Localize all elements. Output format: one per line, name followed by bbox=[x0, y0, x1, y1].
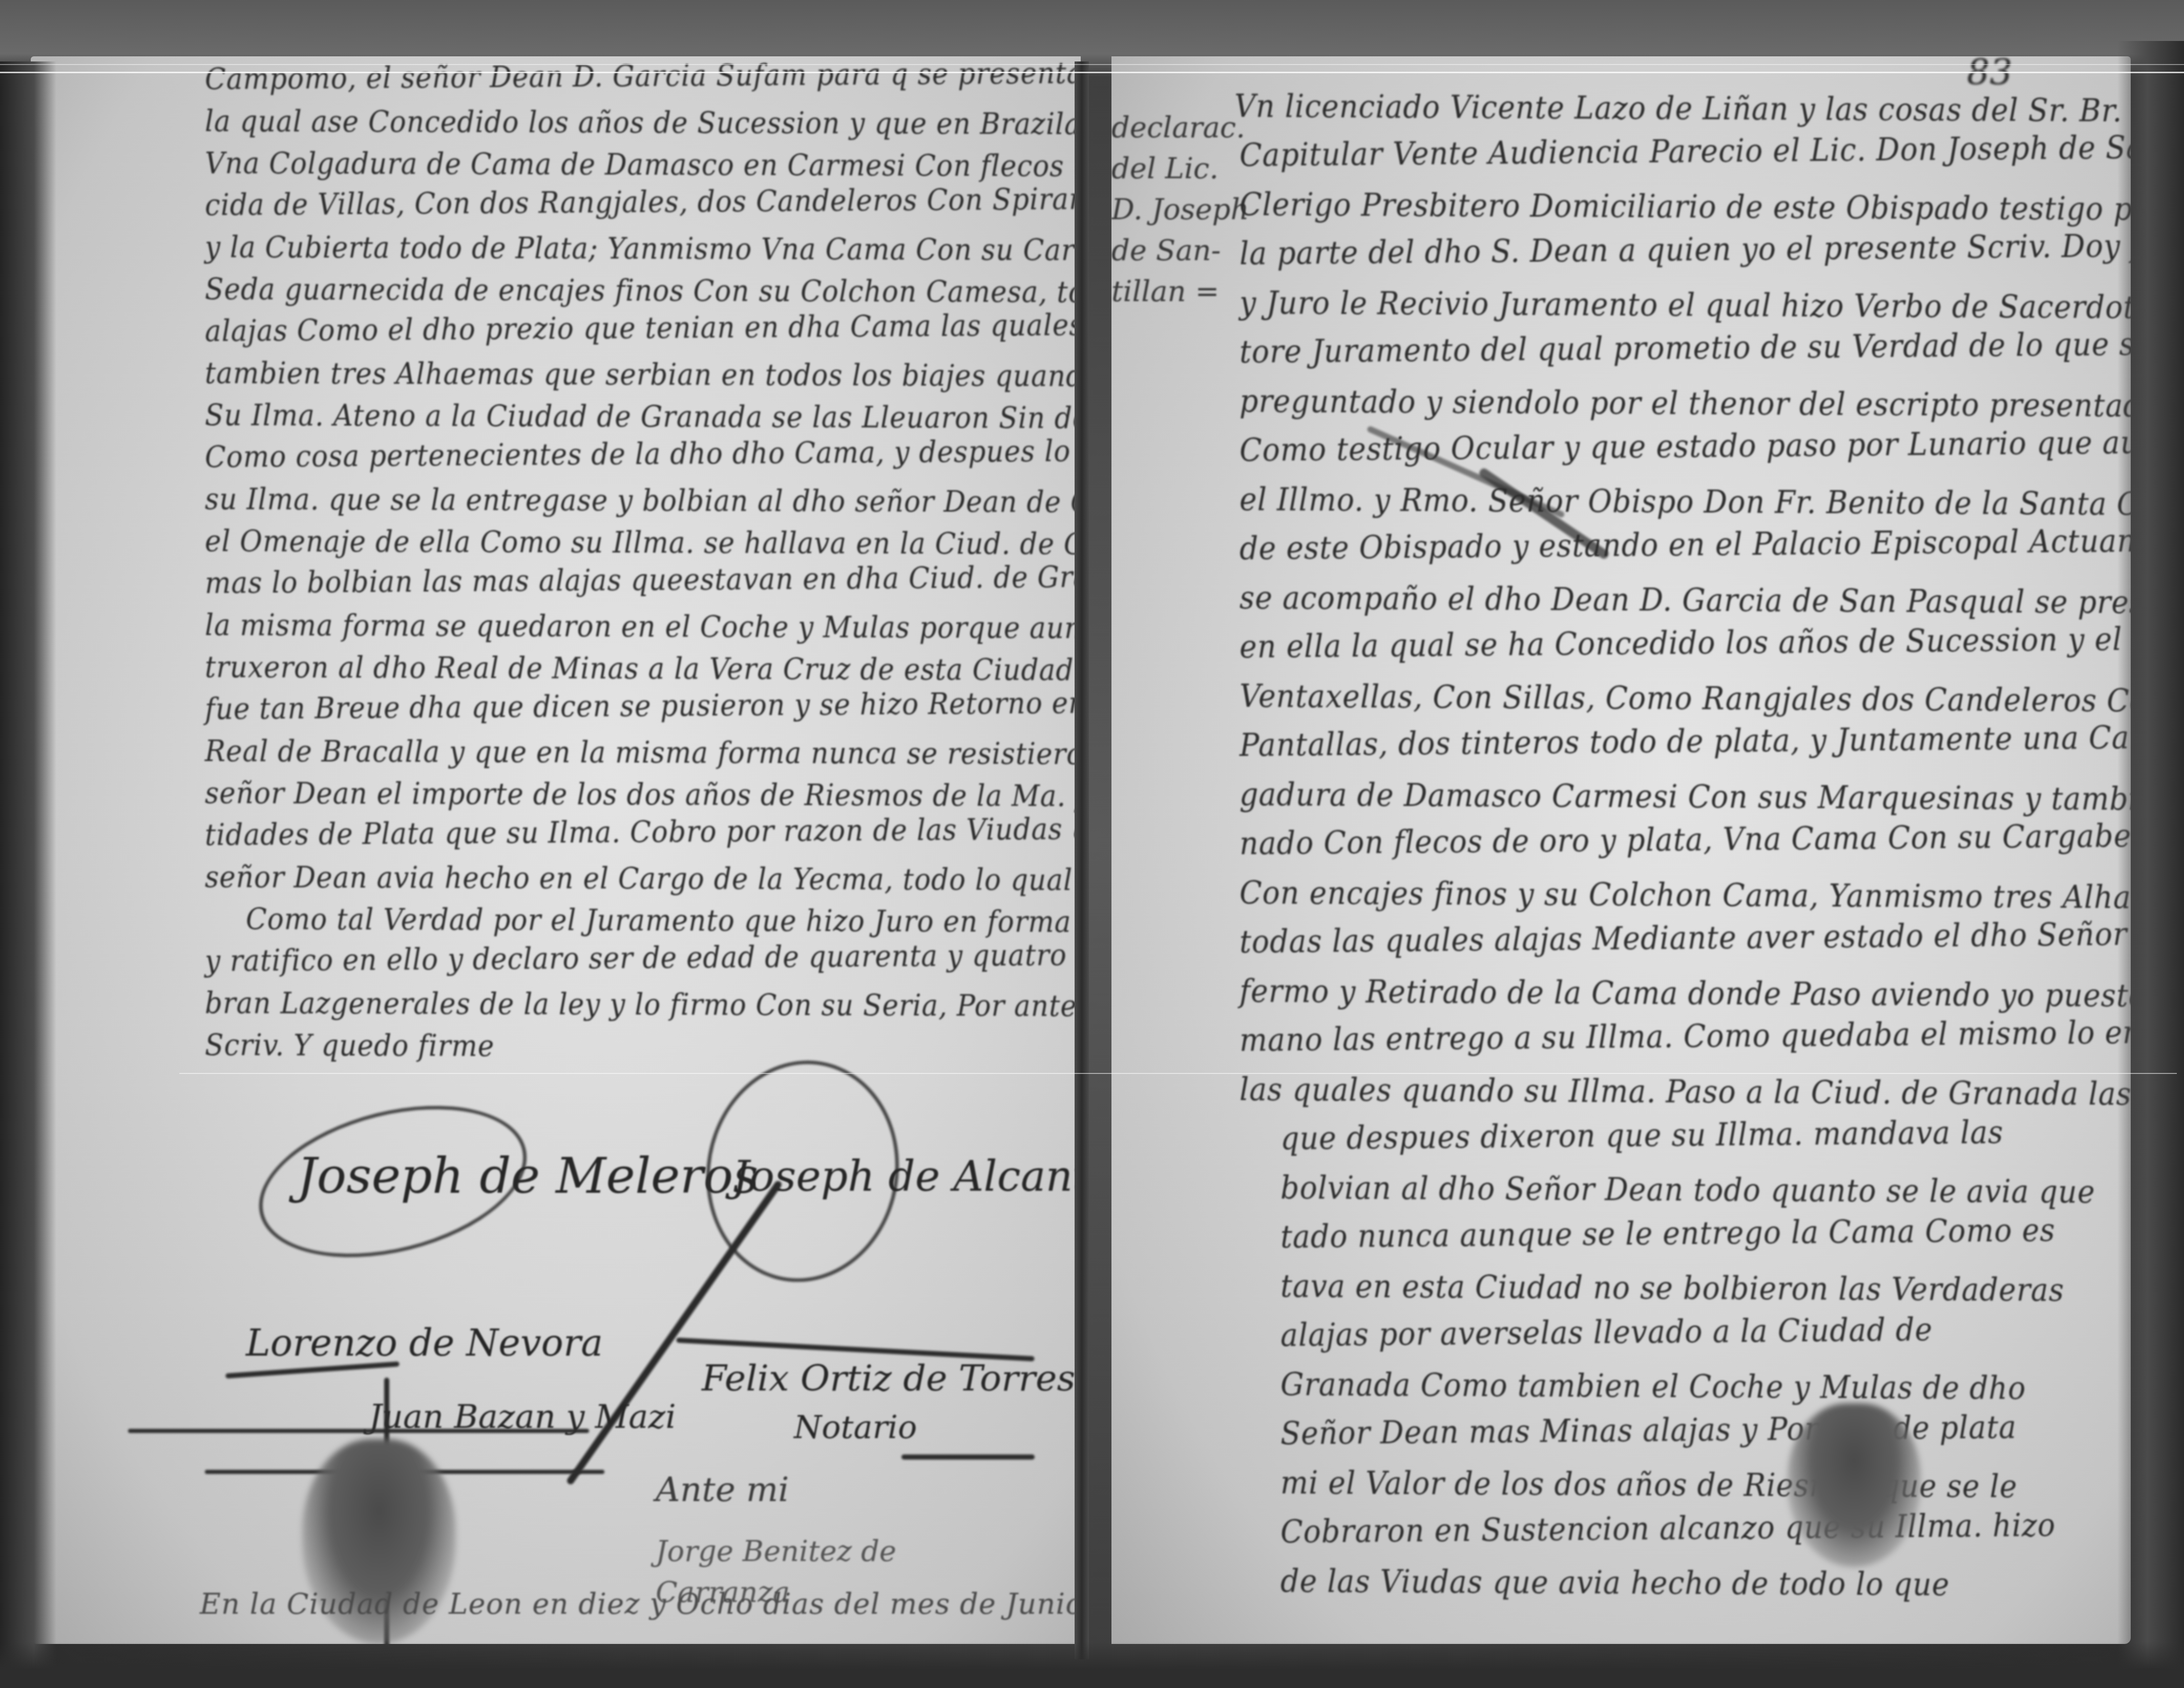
manuscript-line: Capitular Vente Audiencia Parecio el Lic… bbox=[1240, 128, 2131, 174]
manuscript-line: tore Juramento del qual prometio de su V… bbox=[1240, 323, 2131, 370]
manuscript-line: el Illmo. y Rmo. Señor Obispo Don Fr. Be… bbox=[1240, 480, 2131, 524]
manuscript-line: fermo y Retirado de la Cama donde Paso a… bbox=[1240, 972, 2131, 1015]
manuscript-line: mano las entrego a su Illma. Como quedab… bbox=[1240, 1012, 2131, 1059]
right-edge-shadow bbox=[2117, 41, 2184, 1688]
manuscript-line: tava en esta Ciudad no se bolbieron las … bbox=[1280, 1267, 2065, 1309]
manuscript-line: truxeron al dho Real de Minas a la Vera … bbox=[205, 649, 1081, 688]
bottom-shadow bbox=[0, 1642, 2184, 1688]
manuscript-line: gadura de Damasco Carmesi Con sus Marque… bbox=[1240, 775, 2131, 818]
manuscript-line: el Omenaje de ella Como su Illma. se hal… bbox=[205, 523, 1081, 562]
manuscript-line: todas las quales alajas Mediante aver es… bbox=[1240, 914, 2131, 960]
manuscript-line: que despues dixeron que su Illma. mandav… bbox=[1280, 1113, 2004, 1157]
manuscript-line: Real de Bracalla y que en la misma forma… bbox=[205, 733, 1081, 772]
manuscript-line: mas lo bolbian las mas alajas queestavan… bbox=[205, 558, 1081, 600]
ink-blot-right bbox=[1788, 1403, 1921, 1567]
page-number: 83 bbox=[1967, 56, 2012, 93]
manuscript-line: se acompaño el dho Dean D. Garcia de San… bbox=[1240, 579, 2131, 622]
manuscript-line: Granada Como tambien el Coche y Mulas de… bbox=[1280, 1365, 2026, 1407]
manuscript-line: tambien tres Alhaemas que serbian en tod… bbox=[205, 355, 1081, 393]
attestation-ante-mi: Ante mi bbox=[656, 1470, 789, 1509]
notario-end-rule bbox=[901, 1454, 1035, 1460]
manuscript-line: Ventaxellas, Con Sillas, Como Rangjales … bbox=[1240, 677, 2131, 720]
manuscript-line: Con encajes finos y su Colchon Cama, Yan… bbox=[1240, 874, 2131, 916]
manuscript-line: Scriv. Y quedo firme bbox=[205, 1027, 494, 1063]
signature-joseph-de-meleros: Joseph de Meleros bbox=[297, 1147, 759, 1205]
manuscript-line: Vna Colgadura de Cama de Damasco en Carm… bbox=[205, 145, 1081, 184]
manuscript-line: tado nunca aunque se le entrego la Cama … bbox=[1280, 1211, 2055, 1255]
microfilm-scan: Campomo, el señor Dean D. Garcia Sufam p… bbox=[0, 0, 2184, 1688]
manuscript-line: y Juro le Recivio Juramento el qual hizo… bbox=[1240, 284, 2131, 327]
manuscript-line: Su Ilma. Ateno a la Ciudad de Granada se… bbox=[205, 397, 1081, 436]
manuscript-line: Clerigo Presbitero Domiciliario de este … bbox=[1240, 185, 2131, 229]
manuscript-line: y ratifico en ello y declaro ser de edad… bbox=[205, 937, 1081, 978]
manuscript-line: la parte del dho S. Dean a quien yo el p… bbox=[1240, 225, 2131, 272]
manuscript-line: Pantallas, dos tinteros todo de plata, y… bbox=[1240, 716, 2131, 764]
book-gutter bbox=[1075, 61, 1089, 1659]
signature-joseph-de-alcantara: Joseph de Alcantara bbox=[732, 1152, 1081, 1201]
manuscript-line: la qual ase Concedido los años de Sucess… bbox=[205, 103, 1081, 142]
manuscript-line: señor Dean el importe de los dos años de… bbox=[205, 775, 1081, 814]
manuscript-line: Cobraron en Sustencion alcanzo que su Il… bbox=[1280, 1506, 2056, 1550]
scan-scratch-1 bbox=[0, 72, 2184, 73]
manuscript-line: bran Lazgenerales de la ley y lo firmo C… bbox=[205, 985, 1081, 1024]
left-page: Campomo, el señor Dean D. Garcia Sufam p… bbox=[31, 56, 1081, 1644]
signature-rule-1 bbox=[128, 1429, 589, 1433]
scan-scratch-2 bbox=[0, 64, 2184, 65]
manuscript-line: tidades de Plata que su Ilma. Cobro por … bbox=[205, 811, 1081, 852]
manuscript-line: alajas por averselas llevado a la Ciudad… bbox=[1280, 1311, 1933, 1354]
manuscript-line: Seda guarnecida de encajes finos Con su … bbox=[205, 271, 1081, 310]
manuscript-line: su Ilma. que se la entregase y bolbian a… bbox=[205, 481, 1081, 520]
manuscript-line: fue tan Breue dha que dicen se pusieron … bbox=[205, 685, 1081, 726]
manuscript-line: de las Viudas que avia hecho de todo lo … bbox=[1280, 1562, 1950, 1603]
manuscript-line: y la Cubierta todo de Plata; Yanmismo Vn… bbox=[205, 229, 1081, 268]
signature-felix-ortiz: Felix Ortiz de Torres bbox=[702, 1357, 1075, 1399]
manuscript-line: preguntado y siendolo por el thenor del … bbox=[1240, 382, 2131, 426]
manuscript-line: nado Con flecos de oro y plata, Vna Cama… bbox=[1240, 815, 2131, 862]
scan-scratch-3 bbox=[179, 1073, 2177, 1074]
manuscript-line: señor Dean avia hecho en el Cargo de la … bbox=[205, 859, 1081, 898]
manuscript-line: en ella la qual se ha Concedido los años… bbox=[1240, 619, 2131, 665]
right-page: 83 declarac. del Lic. D. Joseph de San- … bbox=[1111, 56, 2131, 1644]
manuscript-line: Como tal Verdad por el Juramento que hiz… bbox=[246, 901, 1081, 940]
left-binding-shadow bbox=[0, 61, 56, 1688]
signature-notario-title: Notario bbox=[794, 1408, 917, 1446]
manuscript-line: cida de Villas, Con dos Rangjales, dos C… bbox=[205, 180, 1081, 222]
manuscript-line: Vn licenciado Vicente Lazo de Liñan y la… bbox=[1234, 87, 2131, 131]
manuscript-line: la misma forma se quedaron en el Coche y… bbox=[205, 607, 1081, 646]
left-page-bottom-line: En la Ciudad de Leon en diez y Ocho dias… bbox=[200, 1588, 1081, 1621]
manuscript-line: alajas Como el dho prezio que tenian en … bbox=[205, 306, 1081, 348]
manuscript-line: bolvian al dho Señor Dean todo quanto se… bbox=[1280, 1169, 2095, 1210]
manuscript-line: Como cosa pertenecientes de la dho dho C… bbox=[205, 433, 1071, 474]
signature-lorenzo-de-nevora: Lorenzo de Nevora bbox=[246, 1321, 603, 1364]
manuscript-line: las quales quando su Illma. Paso a la Ci… bbox=[1240, 1070, 2131, 1113]
manuscript-line: Campomo, el señor Dean D. Garcia Sufam p… bbox=[205, 56, 1081, 96]
manuscript-line: de este Obispado y estando en el Palacio… bbox=[1240, 520, 2131, 567]
